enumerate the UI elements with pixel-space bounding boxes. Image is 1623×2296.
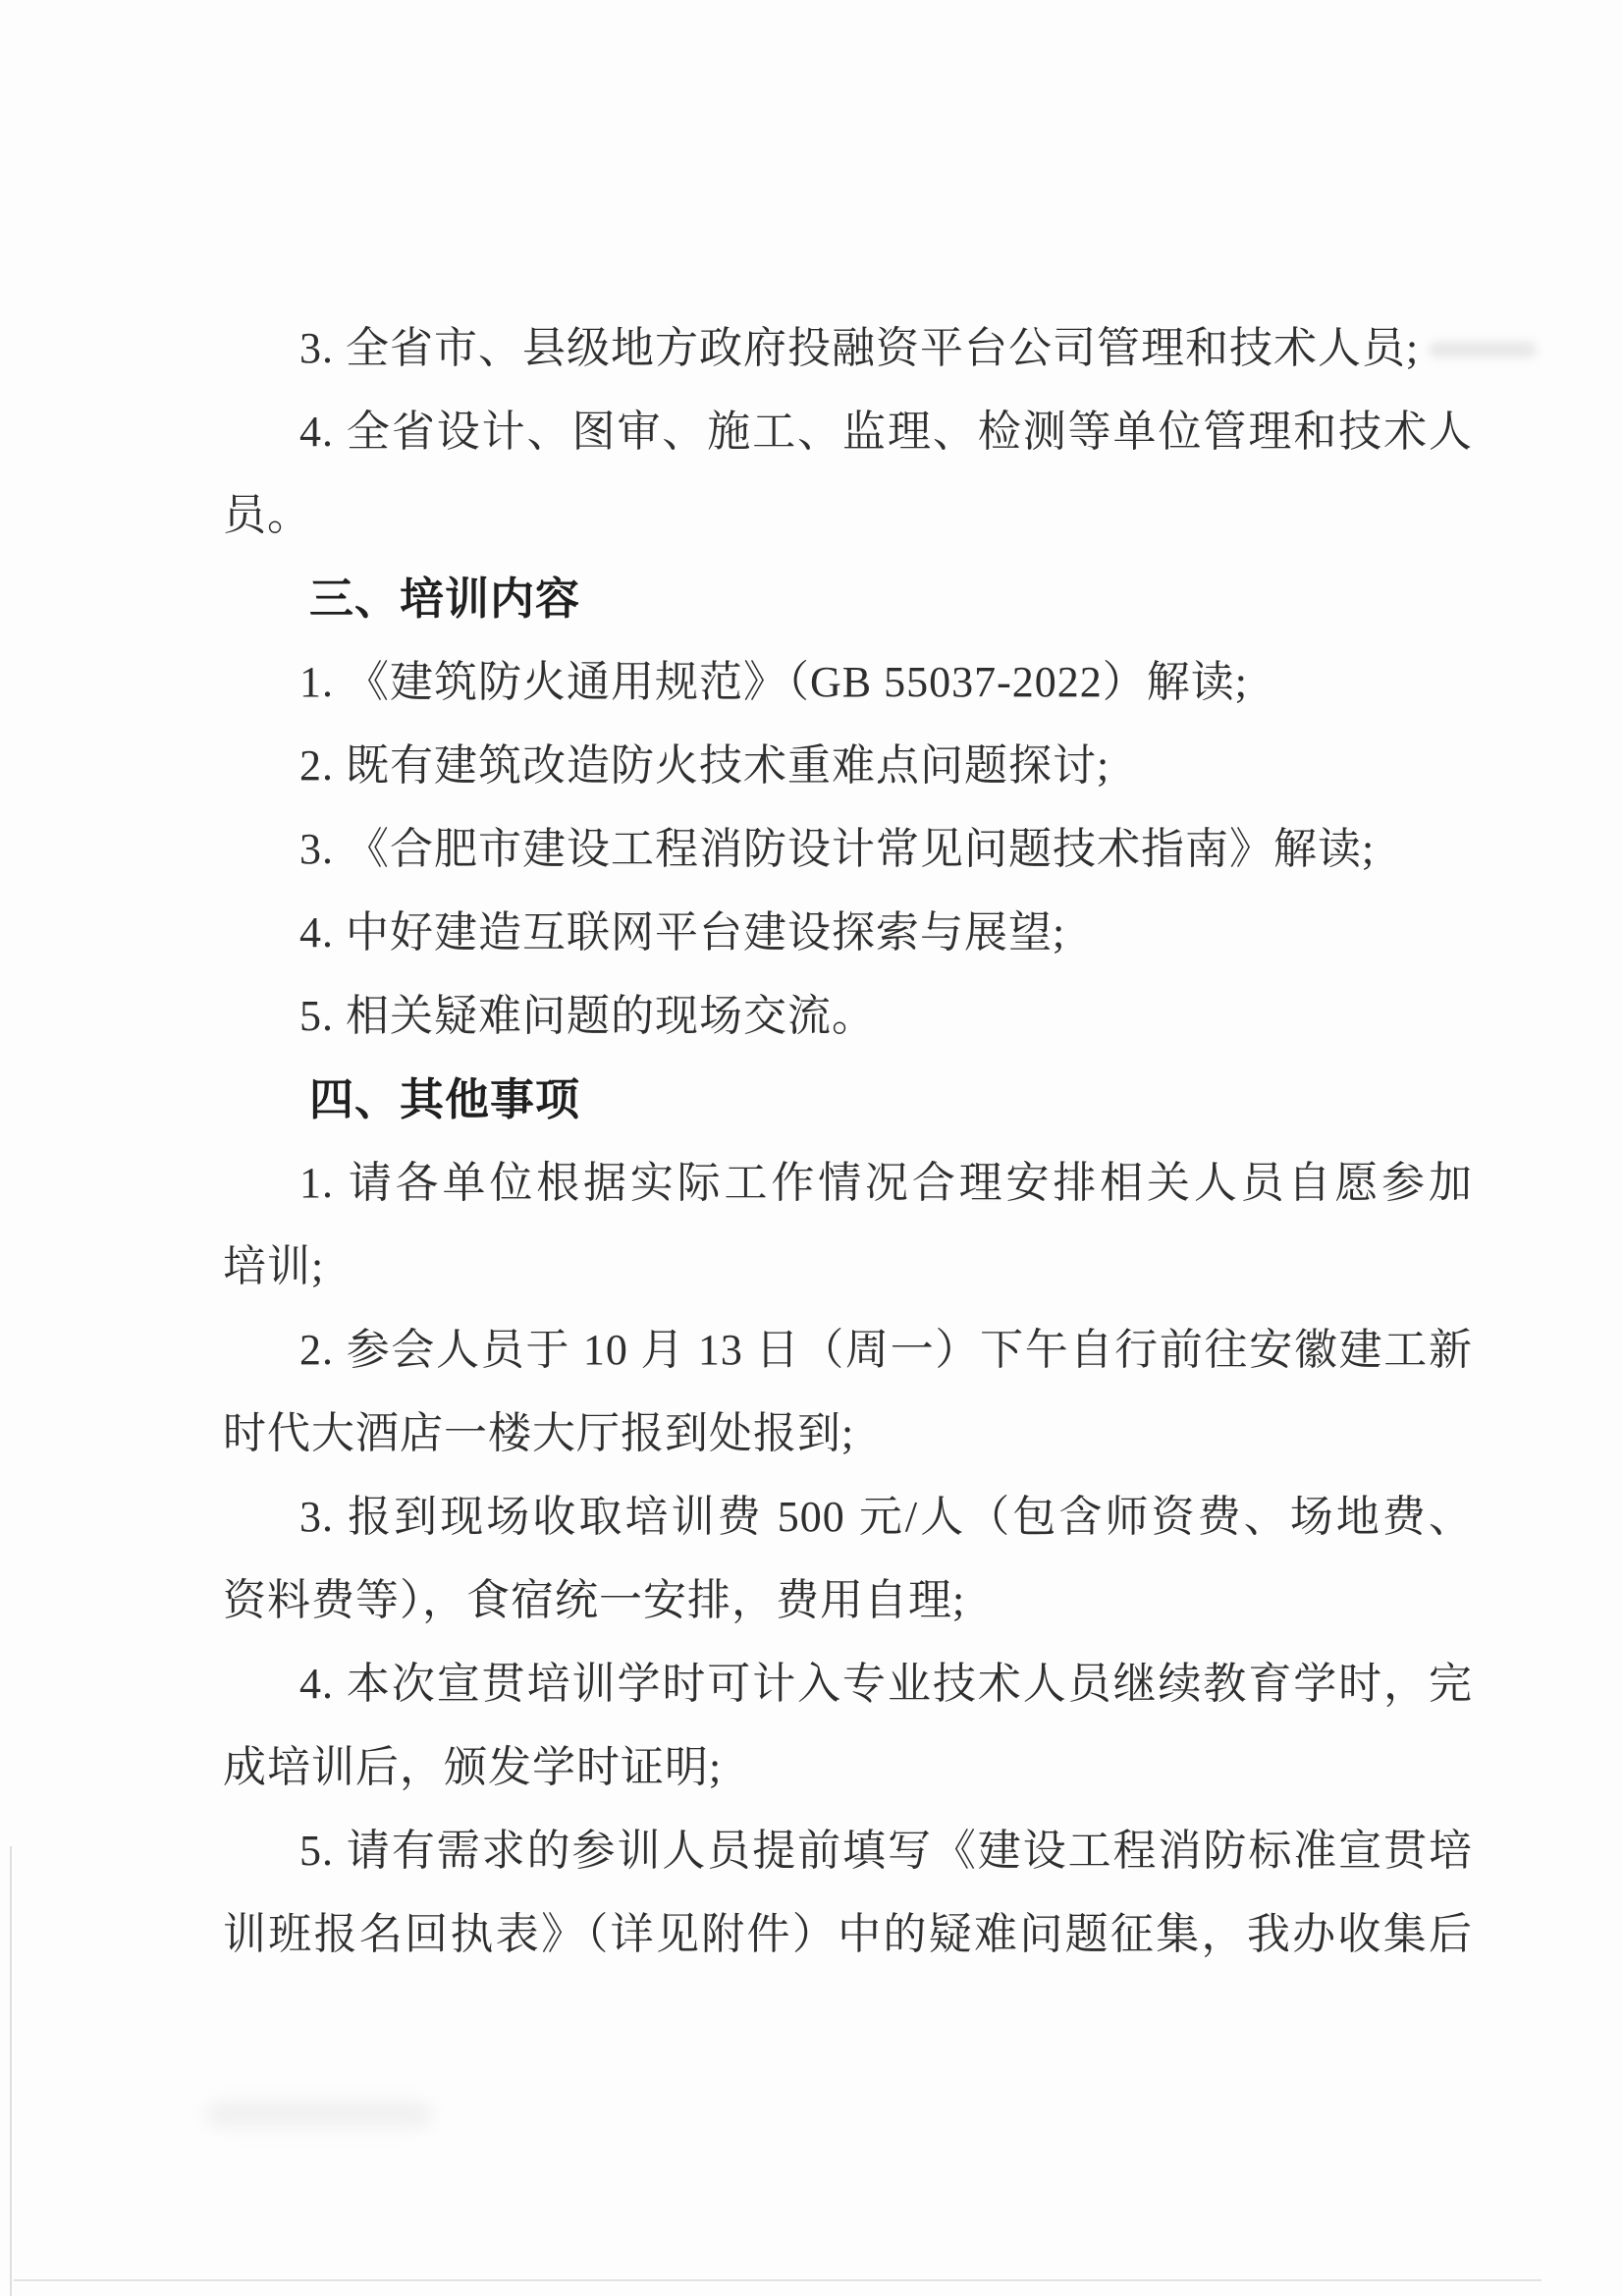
scan-artifact-smudge — [1429, 342, 1537, 357]
text-line: 5. 请有需求的参训人员提前填写《建设工程消防标准宣贯培 — [223, 1809, 1473, 1892]
text-line: 资料费等），食宿统一安排，费用自理; — [223, 1558, 1473, 1642]
text-line: 5. 相关疑难问题的现场交流。 — [223, 974, 1473, 1058]
text-line: 时代大酒店一楼大厅报到处报到; — [223, 1392, 1473, 1475]
text-line: 3. 报到现场收取培训费 500 元/人（包含师资费、场地费、 — [223, 1475, 1473, 1558]
section-heading: 四、其他事项 — [223, 1058, 1473, 1141]
text-line: 1. 《建筑防火通用规范》（GB 55037-2022）解读; — [223, 640, 1473, 724]
document-body: 3. 全省市、县级地方政府投融资平台公司管理和技术人员;4. 全省设计、图审、施… — [223, 306, 1473, 1976]
text-line: 4. 本次宣贯培训学时可计入专业技术人员继续教育学时，完 — [223, 1642, 1473, 1725]
text-line: 成培训后，颁发学时证明; — [223, 1725, 1473, 1809]
text-line: 3. 《合肥市建设工程消防设计常见问题技术指南》解读; — [223, 807, 1473, 891]
scan-artifact-smudge — [206, 2102, 432, 2127]
text-line: 4. 全省设计、图审、施工、监理、检测等单位管理和技术人 — [223, 390, 1473, 473]
text-line: 2. 参会人员于 10 月 13 日（周一）下午自行前往安徽建工新 — [223, 1308, 1473, 1392]
text-line: 2. 既有建筑改造防火技术重难点问题探讨; — [223, 724, 1473, 807]
scan-artifact-bottom-edge-line — [14, 2279, 1542, 2281]
text-line: 训班报名回执表》（详见附件）中的疑难问题征集，我办收集后 — [223, 1892, 1473, 1976]
scanned-page: 3. 全省市、县级地方政府投融资平台公司管理和技术人员;4. 全省设计、图审、施… — [0, 0, 1623, 2296]
text-line: 4. 中好建造互联网平台建设探索与展望; — [223, 891, 1473, 974]
text-line: 员。 — [223, 473, 1473, 557]
scan-artifact-left-edge-line — [10, 1846, 12, 2296]
text-line: 1. 请各单位根据实际工作情况合理安排相关人员自愿参加 — [223, 1141, 1473, 1225]
text-line: 3. 全省市、县级地方政府投融资平台公司管理和技术人员; — [223, 306, 1473, 390]
section-heading: 三、培训内容 — [223, 557, 1473, 640]
text-line: 培训; — [223, 1225, 1473, 1308]
